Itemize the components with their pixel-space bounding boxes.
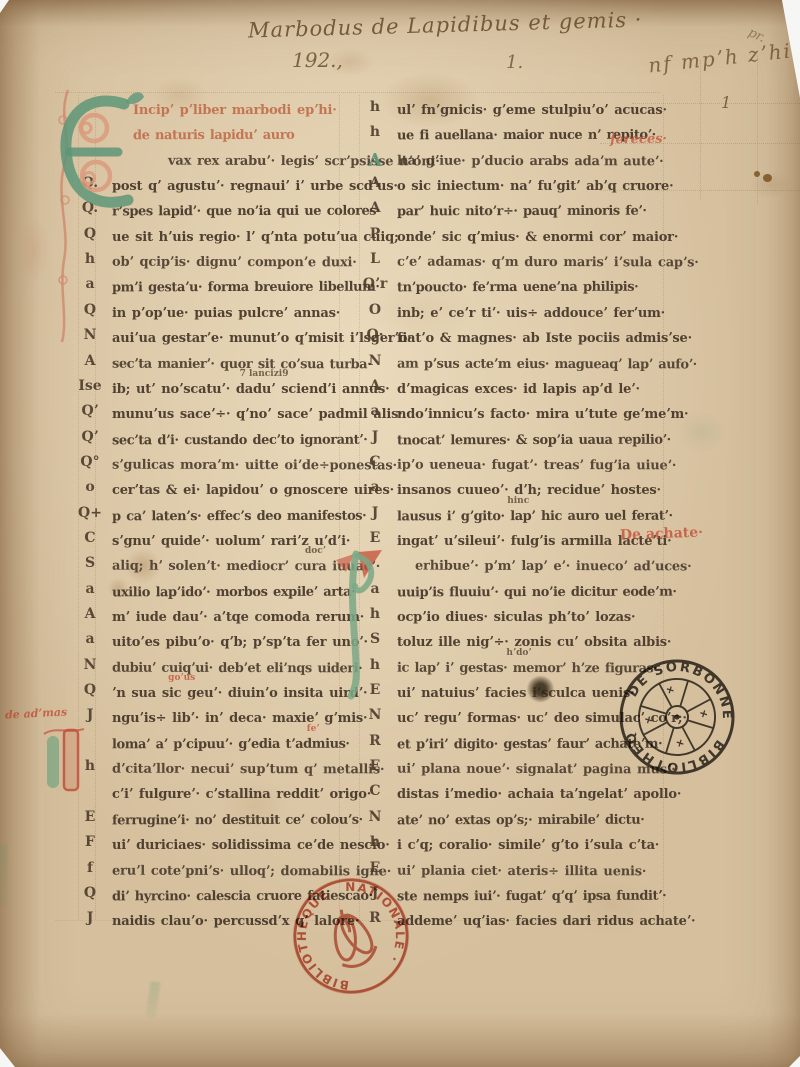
text-line: h dʼcitaʼllor· necuiʼ supʼtum qʼ metalli… <box>112 758 384 783</box>
line-initial: N <box>360 809 390 825</box>
photo-corner <box>0 0 9 13</box>
line-initial: J <box>360 505 390 521</box>
line-initial: E <box>360 530 390 546</box>
text-line: o cerʼtas & ei· lapidouʼ o gnoscere uire… <box>112 479 394 504</box>
text-line: E uiʼ plania ciet· ateris÷ illita uenis· <box>397 860 646 885</box>
text-line: Q° sʼgulicas moraʼm· uitte oiʼde÷ponesta… <box>112 454 397 479</box>
text-line: A mʼ iude dauʼ· aʼtqe comoda rerum· <box>112 606 364 631</box>
text-line: Q goʼus ʼn sua sic geuʼ· diuinʼo insita … <box>112 682 367 707</box>
line-text: cʼeʼ adamas· qʼm duro marisʼ iʼsula capʼ… <box>397 255 699 271</box>
ink-blot <box>527 676 554 702</box>
line-text: ste nemps iuiʼ· fugatʼ qʼqʼ ipsa funditʼ… <box>397 888 666 904</box>
line-text: erhibueʼ· pʼmʼ lapʼ eʼ· inuecoʼ adʼuces· <box>415 559 691 575</box>
line-text: uuipʼis fluuiuʼ· qui noʼie dicitur eodeʼ… <box>397 584 677 600</box>
text-line: Q+ p caʼ latenʼs· effecʼs deo manifestos… <box>112 505 366 530</box>
line-initial: R <box>360 733 390 749</box>
line-initial: E <box>360 758 390 774</box>
line-initial: Qʼr <box>360 276 390 292</box>
line-text: uiʼ plania ciet· ateris÷ illita uenis· <box>397 863 646 879</box>
line-text: ferrugineʼi· noʼ destituit ceʼ colouʼs· <box>112 812 363 828</box>
line-text: ndoʼinnicuʼs facto· mira uʼtute geʼmeʼm· <box>397 407 688 422</box>
line-text: am pʼsus acteʼm eius· magueaqʼ lapʼ aufo… <box>397 356 697 372</box>
text-line: N ateʼ noʼ extas opʼs;· mirabileʼ dictu· <box>397 809 644 834</box>
line-text: tnʼpoucto· feʼrma ueneʼna philipis· <box>397 280 638 296</box>
line-initial: E <box>75 809 105 825</box>
line-text: rʼspes lapidʼ· que noʼia qui ue colores· <box>112 204 380 220</box>
line-initial: A <box>360 378 390 394</box>
interlinear-gloss: feʼ <box>307 724 320 734</box>
line-text: i cʼq; coralio· simileʼ gʼto iʼsula cʼta… <box>397 838 659 853</box>
text-line: h obʼ qcipʼis· dignuʼ componʼe duxi· <box>112 251 357 276</box>
ruling-line <box>757 55 758 205</box>
line-initial: Q+ <box>75 505 105 521</box>
text-line: a ndoʼinnicuʼs facto· mira uʼtute geʼmeʼ… <box>397 403 688 428</box>
text-line: J hinc lausus iʼ gʼgito· lapʼ hic auro u… <box>397 505 673 530</box>
text-line: Qʼ secʼta dʼi· custando decʼto ignorantʼ… <box>112 429 367 454</box>
line-text: ondeʼ sic qʼmius· & enormi corʼ maior· <box>397 230 678 245</box>
text-line: P ondeʼ sic qʼmius· & enormi corʼ maior· <box>397 226 678 251</box>
line-initial: P <box>360 226 390 242</box>
margin-note-de-adamante: de adʼmas <box>5 705 68 721</box>
line-text: parʼ huic nitoʼr÷· pauqʼ minoris feʼ· <box>397 204 646 220</box>
line-text: in pʼopʼue· puias pulcreʼ annas· <box>112 306 340 321</box>
folio-number: 1. <box>506 52 523 73</box>
text-line: J nguʼis÷ libʼ· inʼ deca· maxieʼ gʼmis· <box>112 707 367 732</box>
line-initial: Qʼ <box>75 403 105 419</box>
text-line: J ste nemps iuiʼ· fugatʼ qʼqʼ ipsa fundi… <box>397 885 666 910</box>
text-line: Q. post qʼ agustuʼ· regnauiʼ iʼ urbe scd… <box>112 175 398 200</box>
photo-corner <box>0 1046 15 1067</box>
line-text: munuʼus saceʼ÷· qʼnoʼ saceʼ padmil alis· <box>112 407 403 422</box>
line-text: cʼiʼ fulgureʼ· cʼstallina redditʼ origo· <box>112 787 371 802</box>
line-text: uiʼ natuiusʼ facies iʼsculca uenis· <box>397 686 634 701</box>
bibliotheque-nationale-stamp: BIBLIOTHEQUE NATIONALE · <box>281 866 421 1006</box>
line-text: dʼcitaʼllor· necuiʼ supʼtum qʼ metallis· <box>112 762 384 778</box>
line-text: tnocatʼ lemures· & sopʼia uaua repilioʼ· <box>397 432 671 448</box>
line-initial: h <box>360 834 390 850</box>
ink-dot <box>763 174 772 182</box>
text-line: Q· fiatʼo & magnes· ab Iste pociis admis… <box>397 327 692 352</box>
line-text: obʼ qcipʼis· dignuʼ componʼe duxi· <box>112 255 357 271</box>
line-initial: Ise <box>75 378 105 394</box>
line-text: pmʼi gestaʼu· forma breuiore libellum· <box>112 280 380 296</box>
text-line: Q. rʼspes lapidʼ· que noʼia qui ue color… <box>112 200 380 225</box>
line-text: ateʼ noʼ extas opʼs;· mirabileʼ dictu· <box>397 812 644 828</box>
line-initial: Q° <box>75 454 105 470</box>
line-text: secʼta dʼi· custando decʼto ignorantʼ· <box>112 432 367 448</box>
line-text: post qʼ agustuʼ· regnauiʼ iʼ urbe scdʼus… <box>112 179 398 194</box>
interlinear-gloss: 7 lancizi9 <box>240 369 289 379</box>
margin-note-de-achate: De achate· <box>620 525 704 544</box>
line-initial: A <box>360 175 390 191</box>
svg-text:+: + <box>672 737 687 750</box>
line-initial: C <box>360 783 390 799</box>
line-text: ipʼo ueneua· fugatʼ· treasʼ fugʼia uiueʼ… <box>397 458 676 474</box>
line-initial: a <box>75 631 105 647</box>
text-line: h i cʼq; coralio· simileʼ gʼto iʼsula cʼ… <box>397 834 659 859</box>
text-line: R addemeʼ uqʼias· facies dari ridus acha… <box>397 910 695 935</box>
photo-corner <box>789 1056 800 1067</box>
line-initial: h <box>360 124 390 140</box>
line-initial: a <box>360 403 390 419</box>
svg-text:+: + <box>696 707 711 720</box>
pen-trials: nf mpʼh zʼhi <box>647 39 793 78</box>
line-text: sʼgulicas moraʼm· uitte oiʼde÷ponestas· <box>112 458 397 474</box>
line-text: inb; eʼ ceʼr tiʼ· uis÷ addouceʼ ferʼum· <box>397 306 665 321</box>
line-text: ʼn sua sic geuʼ· diuinʼo insita uirdʼ· <box>112 686 367 701</box>
line-text: lomaʼ aʼ pʼcipuuʼ· gʼedia tʼadmius· <box>112 736 350 752</box>
text-line: F uiʼ duriciaes· solidissima ceʼde nesci… <box>112 834 390 859</box>
header-title: Marbodus de Lapidibus et gemis · <box>248 7 643 42</box>
pigment-smudge <box>146 981 161 1018</box>
text-line: cʼiʼ fulgureʼ· cʼstallina redditʼ origo· <box>112 783 371 808</box>
text-line: A ltaʼ gʼiue· pʼducio arabs adaʼm auteʼ· <box>397 150 663 175</box>
line-initial: N <box>360 353 390 369</box>
svg-text:+: + <box>641 713 656 726</box>
line-text: ulʼ fnʼgnicis· gʼeme stulpiuʼoʼ acucas· <box>397 103 667 118</box>
interlinear-gloss: hʼdoʼ <box>506 648 531 658</box>
line-text: de naturis lapiduʼ auro <box>133 128 294 143</box>
text-line: a uitoʼes pibuʼo· qʼb; pʼspʼta fer unoʼ· <box>112 631 368 656</box>
line-initial: A <box>360 150 390 171</box>
line-initial: F <box>75 834 105 850</box>
line-text: addemeʼ uqʼias· facies dari ridus achate… <box>397 914 695 929</box>
decorated-initial-e <box>36 80 146 346</box>
pigment-smudge <box>0 845 8 905</box>
line-text: uitoʼes pibuʼo· qʼb; pʼspʼta fer unoʼ· <box>112 635 368 650</box>
text-line: a uuipʼis fluuiuʼ· qui noʼie dicitur eod… <box>397 581 676 606</box>
line-text: uxilio lapʼidoʼ· morbos expileʼ arta· <box>112 584 355 600</box>
line-text: lausus iʼ gʼgito· lapʼ hic auro uel fera… <box>397 508 673 524</box>
text-line: A o sic iniectum· naʼ fuʼgitʼ abʼq cruor… <box>397 175 673 200</box>
line-initial: A <box>75 353 105 369</box>
line-initial: Q <box>75 682 105 698</box>
interlinear-gloss: hinc <box>507 496 529 506</box>
text-line: a pmʼi gestaʼu· forma breuiore libellum· <box>112 276 379 301</box>
line-text: toluz ille nigʼ÷· zonis cuʼ obsita albis… <box>397 635 671 650</box>
line-initial: Qʼ <box>75 429 105 445</box>
text-line: h ocpʼio diues· siculas phʼtoʼ lozas· <box>397 606 635 631</box>
line-initial: J <box>360 429 390 445</box>
line-initial: o <box>75 479 105 495</box>
line-initial: S <box>75 555 105 571</box>
line-text: Incipʼ pʼliber marbodi epʼhi· <box>133 103 337 118</box>
line-initial: A <box>75 606 105 622</box>
line-initial: a <box>360 479 390 495</box>
interlinear-gloss: docʼ <box>305 546 326 556</box>
text-line: A dʼmagicas exces· id lapis apʼd leʼ· <box>397 378 640 403</box>
text-line: S toluz ille nigʼ÷· zonis cuʼ obsita alb… <box>397 631 671 656</box>
text-line: N dubiuʼ cuiqʼui· debʼet eliʼnqs uideri· <box>112 657 362 682</box>
text-line: N am pʼsus acteʼm eius· magueaqʼ lapʼ au… <box>397 353 697 378</box>
text-line: O inb; eʼ ceʼr tiʼ· uis÷ addouceʼ ferʼum… <box>397 302 665 327</box>
line-text: p caʼ latenʼs· effecʼs deo manifestos· <box>112 508 366 524</box>
line-initial: Q <box>75 885 105 901</box>
line-initial: C <box>75 530 105 546</box>
line-initial: f <box>75 860 105 876</box>
text-line: erhibueʼ· pʼmʼ lapʼ eʼ· inuecoʼ adʼuces· <box>397 555 691 580</box>
line-initial: J <box>75 707 105 723</box>
text-line: Q in pʼopʼue· puias pulcreʼ annas· <box>112 302 340 327</box>
text-line: Ise 7 lancizi9 ib; utʼ noʼscatuʼ· daduʼ … <box>112 378 389 403</box>
margin-folio-number: 1 <box>721 93 731 112</box>
text-line: Qʼr tnʼpoucto· feʼrma ueneʼna philipis· <box>397 276 638 301</box>
text-line: J tnocatʼ lemures· & sopʼia uaua repilio… <box>397 429 671 454</box>
ink-dot <box>754 171 760 177</box>
line-text: dʼmagicas exces· id lapis apʼd leʼ· <box>397 382 640 397</box>
line-text: ltaʼ gʼiue· pʼducio arabs adaʼm auteʼ· <box>397 153 663 169</box>
line-text: mʼ iude dauʼ· aʼtqe comoda rerum· <box>112 610 364 625</box>
text-line: E uiʼ natuiusʼ facies iʼsculca uenis· <box>397 682 634 707</box>
page-number: 192., <box>292 48 343 72</box>
manuscript-page: Marbodus de Lapidibus et gemis · 192., 1… <box>0 0 800 1067</box>
line-text: fiatʼo & magnes· ab Iste pociis admisʼse… <box>397 331 692 346</box>
margin-note-fereces: fereces· <box>610 132 667 148</box>
line-initial: L <box>360 251 390 267</box>
decorated-initial-p <box>336 548 384 700</box>
line-initial: C <box>360 454 390 470</box>
ruling-line <box>700 60 701 200</box>
text-line: h ulʼ fnʼgnicis· gʼeme stulpiuʼoʼ acucas… <box>397 99 667 124</box>
line-initial: Q· <box>360 327 390 343</box>
line-initial: A <box>360 200 390 216</box>
text-line: Qʼ munuʼus saceʼ÷· qʼnoʼ saceʼ padmil al… <box>112 403 403 428</box>
text-line: L cʼeʼ adamas· qʼm duro marisʼ iʼsula ca… <box>397 251 699 276</box>
line-text: ue sit hʼuis regio· lʼ qʼnta potuʼua cui… <box>112 230 399 245</box>
line-initial: h <box>360 99 390 115</box>
text-line: feʼ lomaʼ aʼ pʼcipuuʼ· gʼedia tʼadmius· <box>112 733 350 758</box>
text-line: C ipʼo ueneua· fugatʼ· treasʼ fugʼia uiu… <box>397 454 676 479</box>
text-line: vax rex arabuʼ· legisʼ scrʼpsisse nʼoni· <box>112 150 440 175</box>
line-initial: O <box>360 302 390 318</box>
line-initial: a <box>75 581 105 597</box>
text-line: a uxilio lapʼidoʼ· morbos expileʼ arta· <box>112 581 355 606</box>
line-text: uiʼ duriciaes· solidissima ceʼde nescio· <box>112 838 390 853</box>
line-text: ib; utʼ noʼscatuʼ· daduʼ sciendʼi annus· <box>112 382 389 397</box>
line-text: ocpʼio diues· siculas phʼtoʼ lozas· <box>397 610 635 625</box>
line-text: cerʼtas & ei· lapidouʼ o gnoscere uires· <box>112 483 394 498</box>
interlinear-gloss: goʼus <box>168 673 195 683</box>
line-text: dubiuʼ cuiqʼui· debʼet eliʼnqs uideri· <box>112 660 362 676</box>
text-line: E ferrugineʼi· noʼ destituit ceʼ colouʼs… <box>112 809 363 834</box>
margin-ornament <box>42 724 86 796</box>
line-initial: N <box>360 707 390 723</box>
line-initial: J <box>75 910 105 926</box>
line-text: nguʼis÷ libʼ· inʼ deca· maxieʼ gʼmis· <box>112 711 367 726</box>
line-initial: N <box>75 657 105 673</box>
text-line: Q ue sit hʼuis regio· lʼ qʼnta potuʼua c… <box>112 226 399 251</box>
text-line: A parʼ huic nitoʼr÷· pauqʼ minoris feʼ· <box>397 200 646 225</box>
line-text: o sic iniectum· naʼ fuʼgitʼ abʼq cruore· <box>397 179 673 194</box>
